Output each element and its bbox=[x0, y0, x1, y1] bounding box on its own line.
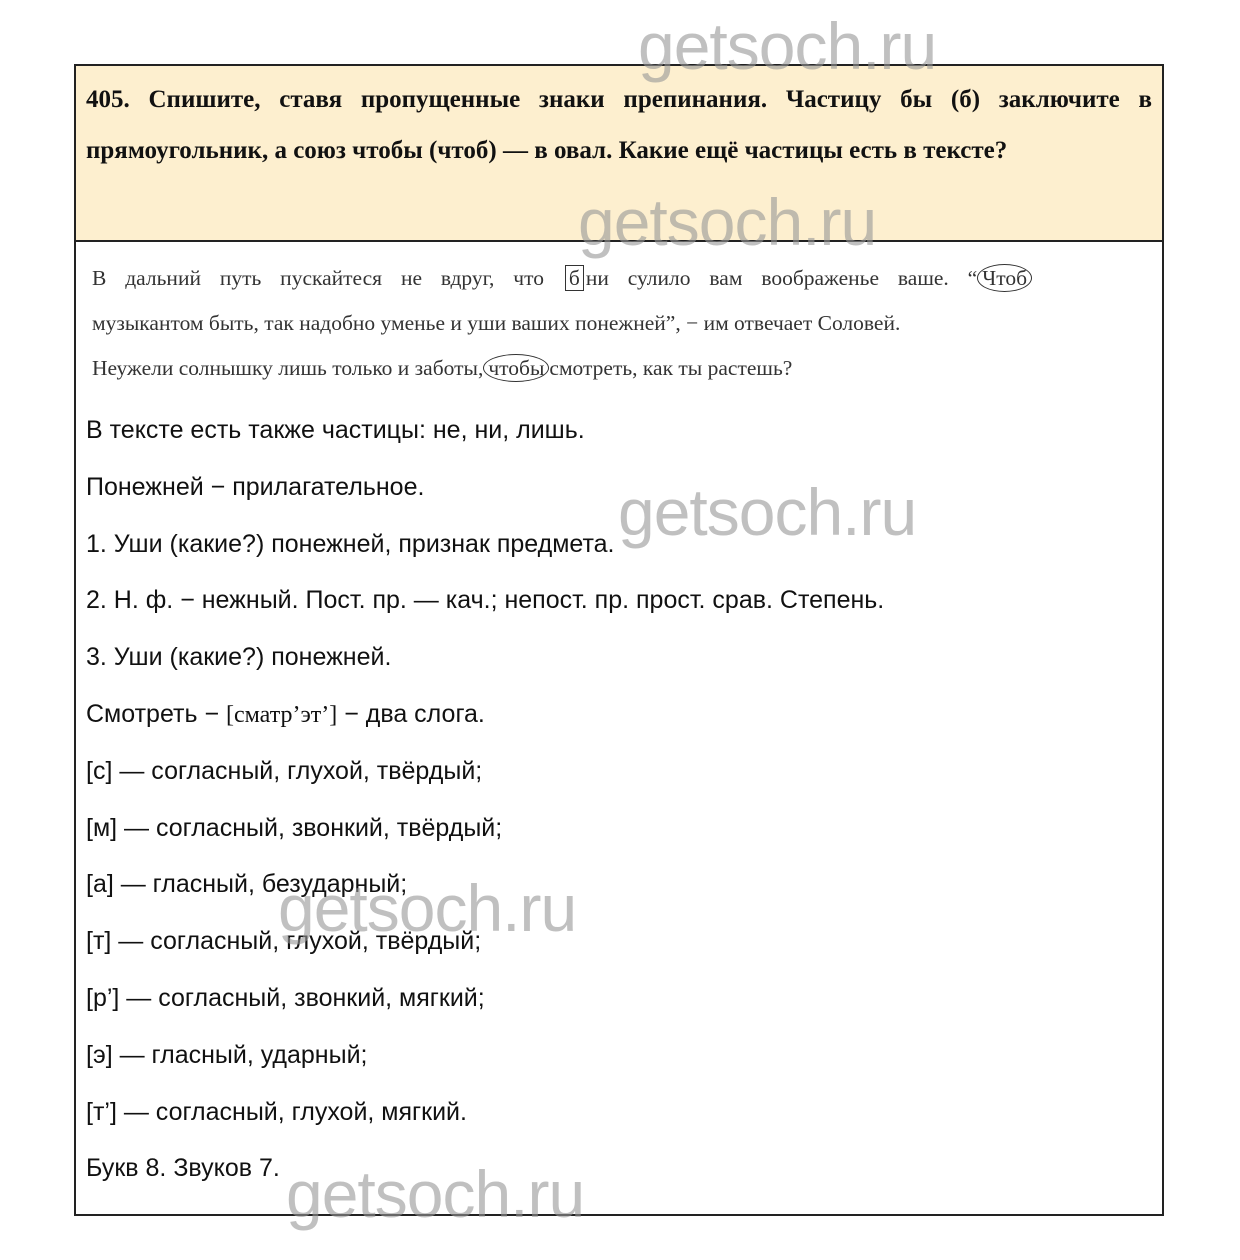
analysis-step-1: 1. Уши (какие?) понежней, признак предме… bbox=[86, 516, 884, 573]
phonetic-word: Смотреть − bbox=[86, 700, 219, 728]
source-line-2: музыкантом быть, так надобно уменье и уш… bbox=[92, 301, 1032, 346]
source-text: В дальний путь пускайтеся не вдруг, что bbox=[92, 266, 544, 290]
part-of-speech-line: Понежней − прилагательное. bbox=[86, 459, 884, 516]
particle-box: б bbox=[565, 265, 584, 291]
sound-item: [т] — согласный, глухой, твёрдый; bbox=[86, 913, 884, 970]
sound-item: [р’] — согласный, звонкий, мягкий; bbox=[86, 970, 884, 1027]
conjunction-oval: чтобы bbox=[483, 354, 549, 382]
sound-item: [э] — гласный, ударный; bbox=[86, 1027, 884, 1084]
task-header: 405. Спишите, ставя пропущенные знаки пр… bbox=[76, 66, 1162, 242]
phonetic-line: Смотреть − [сматр’эт’] − два слога. bbox=[86, 686, 884, 743]
task-number: 405. bbox=[86, 86, 130, 113]
source-text: ни сулило вам воображенье ваше. “ bbox=[586, 266, 977, 290]
source-line-3: Неужели солнышку лишь только и заботы,чт… bbox=[92, 346, 1032, 391]
syllable-count: − два слога. bbox=[344, 700, 485, 728]
analysis-step-3: 3. Уши (какие?) понежней. bbox=[86, 629, 884, 686]
conjunction-oval: Чтоб bbox=[977, 264, 1032, 292]
sound-item: [м] — согласный, звонкий, твёрдый; bbox=[86, 800, 884, 857]
sound-item: [а] — гласный, безударный; bbox=[86, 856, 884, 913]
sound-item: [т’] — согласный, глухой, мягкий. bbox=[86, 1084, 884, 1141]
task-text: Спишите, ставя пропущенные знаки препина… bbox=[86, 86, 1152, 164]
source-text: смотреть, как ты растешь? bbox=[549, 356, 792, 380]
source-text: Неужели солнышку лишь только и заботы, bbox=[92, 356, 483, 380]
source-text-image: В дальний путь пускайтеся не вдруг, что … bbox=[92, 256, 1032, 391]
source-line-1: В дальний путь пускайтеся не вдруг, что … bbox=[92, 256, 1032, 301]
transcription: [сматр’эт’] bbox=[226, 702, 337, 728]
sound-item: [с] — согласный, глухой, твёрдый; bbox=[86, 743, 884, 800]
exercise-frame: 405. Спишите, ставя пропущенные знаки пр… bbox=[74, 64, 1164, 1216]
analysis-step-2: 2. Н. ф. − нежный. Пост. пр. — кач.; неп… bbox=[86, 572, 884, 629]
answer-block: В тексте есть также частицы: не, ни, лиш… bbox=[86, 402, 884, 1197]
summary-line: Букв 8. Звуков 7. bbox=[86, 1140, 884, 1197]
particles-line: В тексте есть также частицы: не, ни, лиш… bbox=[86, 402, 884, 459]
